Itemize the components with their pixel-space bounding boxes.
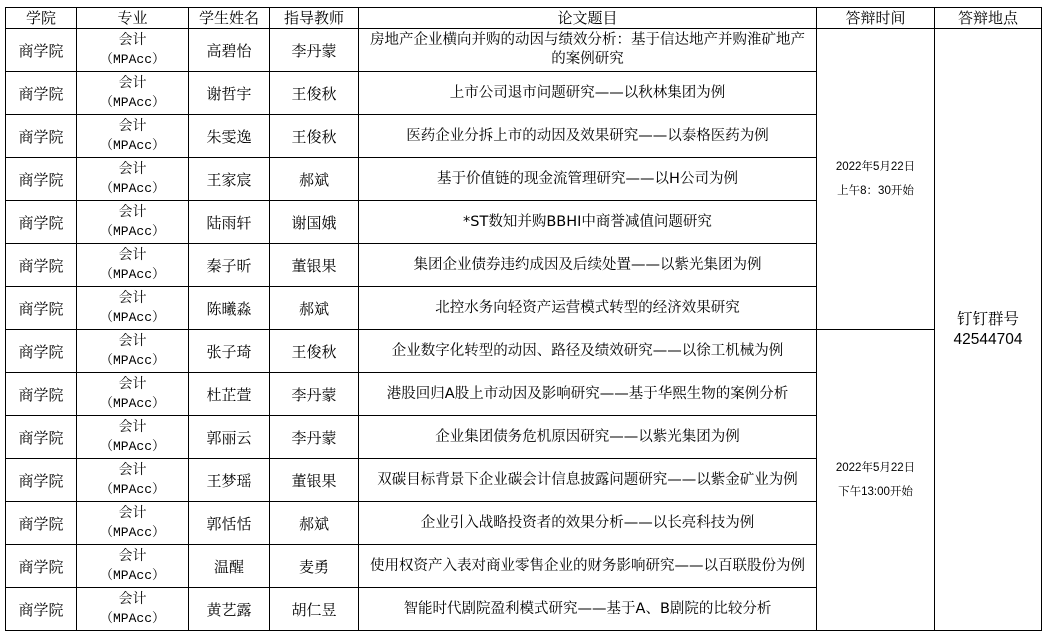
header-student: 学生姓名 bbox=[189, 8, 270, 29]
thesis-title-cell: 集团企业债券违约成因及后续处置——以紫光集团为例 bbox=[359, 244, 817, 287]
major-name: 会计 bbox=[81, 246, 184, 265]
student-name-cell: 黄艺露 bbox=[189, 588, 270, 631]
college-cell: 商学院 bbox=[6, 72, 77, 115]
advisor-cell: 董银果 bbox=[270, 244, 359, 287]
student-name-cell: 朱雯逸 bbox=[189, 115, 270, 158]
defense-location-cell: 钉钉群号42544704 bbox=[935, 29, 1042, 631]
advisor-cell: 李丹蒙 bbox=[270, 29, 359, 72]
major-cell: 会计（MPAcc） bbox=[77, 330, 189, 373]
student-name-cell: 陈曦淼 bbox=[189, 287, 270, 330]
major-cell: 会计（MPAcc） bbox=[77, 373, 189, 416]
major-cell: 会计（MPAcc） bbox=[77, 115, 189, 158]
student-name-cell: 陆雨轩 bbox=[189, 201, 270, 244]
location-label: 钉钉群号 bbox=[939, 310, 1037, 330]
major-name: 会计 bbox=[81, 332, 184, 351]
student-name-cell: 郭丽云 bbox=[189, 416, 270, 459]
major-program: （MPAcc） bbox=[81, 50, 184, 69]
defense-time-cell: 2022年5月22日上午8：30开始 bbox=[817, 29, 935, 330]
student-name-cell: 秦子昕 bbox=[189, 244, 270, 287]
thesis-title-cell: 北控水务向轻资产运营模式转型的经济效果研究 bbox=[359, 287, 817, 330]
major-cell: 会计（MPAcc） bbox=[77, 459, 189, 502]
major-program: （MPAcc） bbox=[81, 566, 184, 585]
major-name: 会计 bbox=[81, 375, 184, 394]
header-location: 答辩地点 bbox=[935, 8, 1042, 29]
thesis-title-cell: 基于价值链的现金流管理研究——以H公司为例 bbox=[359, 158, 817, 201]
major-program: （MPAcc） bbox=[81, 308, 184, 327]
defense-start-time: 下午13:00开始 bbox=[821, 480, 930, 504]
major-cell: 会计（MPAcc） bbox=[77, 588, 189, 631]
defense-schedule-table: 学院 专业 学生姓名 指导教师 论文题目 答辩时间 答辩地点 商学院会计（MPA… bbox=[5, 7, 1042, 631]
advisor-cell: 郝斌 bbox=[270, 287, 359, 330]
college-cell: 商学院 bbox=[6, 244, 77, 287]
thesis-title-cell: 房地产企业横向并购的动因与绩效分析：基于信达地产并购淮矿地产的案例研究 bbox=[359, 29, 817, 72]
major-cell: 会计（MPAcc） bbox=[77, 29, 189, 72]
table-row: 商学院会计（MPAcc）高碧怡李丹蒙房地产企业横向并购的动因与绩效分析：基于信达… bbox=[6, 29, 1042, 72]
major-program: （MPAcc） bbox=[81, 222, 184, 241]
major-cell: 会计（MPAcc） bbox=[77, 502, 189, 545]
advisor-cell: 郝斌 bbox=[270, 158, 359, 201]
college-cell: 商学院 bbox=[6, 287, 77, 330]
major-program: （MPAcc） bbox=[81, 265, 184, 284]
advisor-cell: 麦勇 bbox=[270, 545, 359, 588]
college-cell: 商学院 bbox=[6, 588, 77, 631]
college-cell: 商学院 bbox=[6, 459, 77, 502]
college-cell: 商学院 bbox=[6, 502, 77, 545]
thesis-title-cell: 智能时代剧院盈利模式研究——基于A、B剧院的比较分析 bbox=[359, 588, 817, 631]
major-program: （MPAcc） bbox=[81, 437, 184, 456]
college-cell: 商学院 bbox=[6, 330, 77, 373]
major-program: （MPAcc） bbox=[81, 394, 184, 413]
header-advisor: 指导教师 bbox=[270, 8, 359, 29]
major-name: 会计 bbox=[81, 117, 184, 136]
major-program: （MPAcc） bbox=[81, 523, 184, 542]
defense-date: 2022年5月22日 bbox=[821, 456, 930, 480]
thesis-title-cell: 企业集团债务危机原因研究——以紫光集团为例 bbox=[359, 416, 817, 459]
thesis-title-cell: 使用权资产入表对商业零售企业的财务影响研究——以百联股份为例 bbox=[359, 545, 817, 588]
major-name: 会计 bbox=[81, 504, 184, 523]
college-cell: 商学院 bbox=[6, 115, 77, 158]
advisor-cell: 胡仁昱 bbox=[270, 588, 359, 631]
major-name: 会计 bbox=[81, 418, 184, 437]
thesis-title-cell: 上市公司退市问题研究——以秋林集团为例 bbox=[359, 72, 817, 115]
dingtalk-group-number: 42544704 bbox=[939, 330, 1037, 350]
major-program: （MPAcc） bbox=[81, 480, 184, 499]
major-name: 会计 bbox=[81, 31, 184, 50]
major-program: （MPAcc） bbox=[81, 179, 184, 198]
major-name: 会计 bbox=[81, 74, 184, 93]
major-cell: 会计（MPAcc） bbox=[77, 158, 189, 201]
table-row: 商学院会计（MPAcc）张子琦王俊秋企业数字化转型的动因、路径及绩效研究——以徐… bbox=[6, 330, 1042, 373]
advisor-cell: 李丹蒙 bbox=[270, 416, 359, 459]
defense-time-cell: 2022年5月22日下午13:00开始 bbox=[817, 330, 935, 631]
college-cell: 商学院 bbox=[6, 201, 77, 244]
student-name-cell: 高碧怡 bbox=[189, 29, 270, 72]
thesis-title-cell: 企业数字化转型的动因、路径及绩效研究——以徐工机械为例 bbox=[359, 330, 817, 373]
thesis-title-cell: 企业引入战略投资者的效果分析——以长亮科技为例 bbox=[359, 502, 817, 545]
college-cell: 商学院 bbox=[6, 545, 77, 588]
student-name-cell: 郭恬恬 bbox=[189, 502, 270, 545]
header-major: 专业 bbox=[77, 8, 189, 29]
advisor-cell: 谢国娥 bbox=[270, 201, 359, 244]
major-cell: 会计（MPAcc） bbox=[77, 545, 189, 588]
major-program: （MPAcc） bbox=[81, 609, 184, 628]
major-name: 会计 bbox=[81, 203, 184, 222]
major-program: （MPAcc） bbox=[81, 136, 184, 155]
advisor-cell: 董银果 bbox=[270, 459, 359, 502]
major-program: （MPAcc） bbox=[81, 93, 184, 112]
header-time: 答辩时间 bbox=[817, 8, 935, 29]
thesis-title-cell: *ST数知并购BBHI中商誉减值问题研究 bbox=[359, 201, 817, 244]
thesis-title-cell: 双碳目标背景下企业碳会计信息披露问题研究——以紫金矿业为例 bbox=[359, 459, 817, 502]
student-name-cell: 王家宸 bbox=[189, 158, 270, 201]
college-cell: 商学院 bbox=[6, 158, 77, 201]
student-name-cell: 杜芷萱 bbox=[189, 373, 270, 416]
header-title: 论文题目 bbox=[359, 8, 817, 29]
advisor-cell: 郝斌 bbox=[270, 502, 359, 545]
major-name: 会计 bbox=[81, 461, 184, 480]
student-name-cell: 王梦瑶 bbox=[189, 459, 270, 502]
student-name-cell: 张子琦 bbox=[189, 330, 270, 373]
defense-start-time: 上午8：30开始 bbox=[821, 179, 930, 203]
major-name: 会计 bbox=[81, 289, 184, 308]
major-cell: 会计（MPAcc） bbox=[77, 287, 189, 330]
major-cell: 会计（MPAcc） bbox=[77, 72, 189, 115]
college-cell: 商学院 bbox=[6, 373, 77, 416]
header-college: 学院 bbox=[6, 8, 77, 29]
major-name: 会计 bbox=[81, 590, 184, 609]
major-name: 会计 bbox=[81, 547, 184, 566]
major-name: 会计 bbox=[81, 160, 184, 179]
major-cell: 会计（MPAcc） bbox=[77, 201, 189, 244]
defense-date: 2022年5月22日 bbox=[821, 155, 930, 179]
major-cell: 会计（MPAcc） bbox=[77, 416, 189, 459]
thesis-title-cell: 港股回归A股上市动因及影响研究——基于华熙生物的案例分析 bbox=[359, 373, 817, 416]
student-name-cell: 温醒 bbox=[189, 545, 270, 588]
student-name-cell: 谢哲宇 bbox=[189, 72, 270, 115]
header-row: 学院 专业 学生姓名 指导教师 论文题目 答辩时间 答辩地点 bbox=[6, 8, 1042, 29]
thesis-title-cell: 医药企业分拆上市的动因及效果研究——以泰格医药为例 bbox=[359, 115, 817, 158]
major-cell: 会计（MPAcc） bbox=[77, 244, 189, 287]
major-program: （MPAcc） bbox=[81, 351, 184, 370]
college-cell: 商学院 bbox=[6, 416, 77, 459]
college-cell: 商学院 bbox=[6, 29, 77, 72]
advisor-cell: 王俊秋 bbox=[270, 115, 359, 158]
advisor-cell: 李丹蒙 bbox=[270, 373, 359, 416]
advisor-cell: 王俊秋 bbox=[270, 330, 359, 373]
advisor-cell: 王俊秋 bbox=[270, 72, 359, 115]
